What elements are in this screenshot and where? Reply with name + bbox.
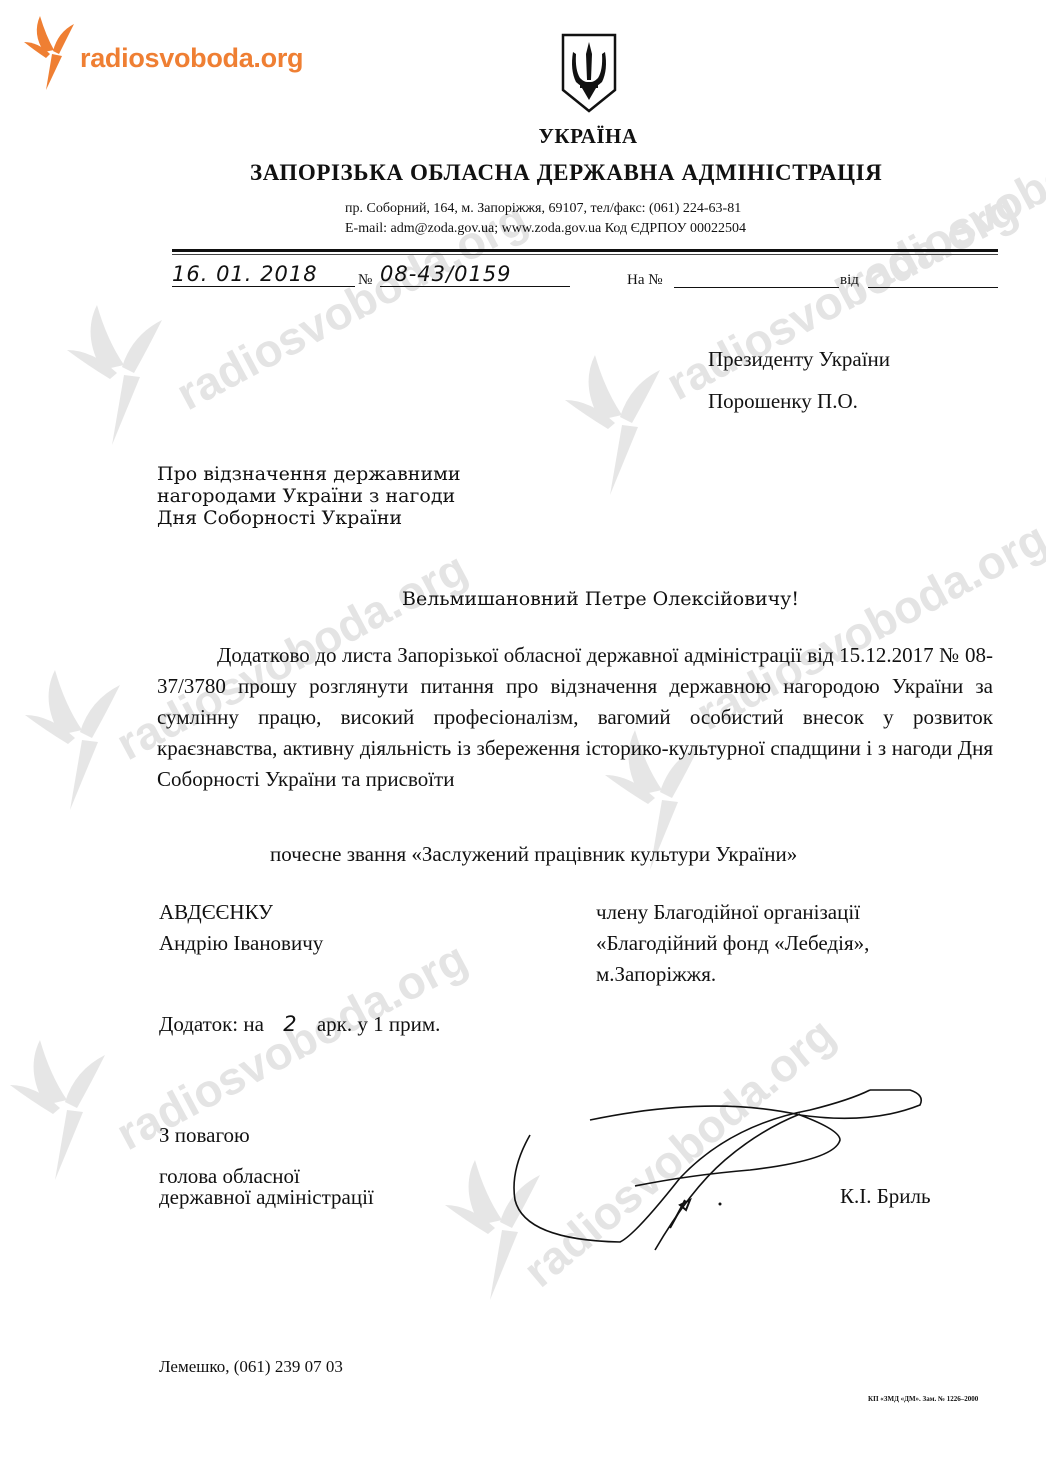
signer-name: К.І. Бриль [840, 1184, 931, 1209]
annex-sheets: 2 [283, 1012, 297, 1036]
registration-line: 16. 01. 2018 № 08-43/0159 На № від [172, 262, 1002, 292]
from-label: від [840, 272, 859, 289]
awardee-surname: АВДЄЄНКУ [159, 897, 323, 928]
subject-block: Про відзначення державними нагородами Ук… [157, 463, 461, 529]
subject-line: нагородами України з нагоди [157, 485, 461, 507]
body-paragraph: Додатково до листа Запорізької обласної … [157, 640, 993, 795]
watermark-torch-icon [62, 295, 172, 465]
recipient-title: Президенту України [708, 338, 890, 380]
handwritten-signature [510, 1060, 930, 1300]
letterhead-rule-thin [172, 254, 998, 255]
letterhead-contacts: пр. Соборний, 164, м. Запоріжжя, 69107, … [345, 199, 746, 239]
radiosvoboda-logo: radiosvoboda.org [22, 14, 303, 92]
honorary-title: почесне звання «Заслужений працівник кул… [270, 842, 797, 867]
from-date [868, 265, 998, 288]
position-line: голова обласної [159, 1166, 374, 1187]
awardee-org-line: «Благодійний фонд «Лебедія», [596, 928, 869, 959]
awardee-organization-block: члену Благодійної організації «Благодійн… [596, 897, 869, 990]
outgoing-number: 08-43/0159 [380, 262, 570, 287]
closing-regards: З повагою [159, 1123, 250, 1148]
watermark-torch-icon [560, 345, 670, 515]
annex-suffix: арк. у 1 прим. [317, 1012, 441, 1036]
email-web-line: E-mail: adm@zoda.gov.ua; www.zoda.gov.ua… [345, 219, 746, 239]
annex-prefix: Додаток: на [159, 1012, 264, 1036]
salutation: Вельмишановний Петре Олексійовичу! [402, 588, 799, 610]
position-line: державної адміністрації [159, 1187, 374, 1208]
annex-line: Додаток: на 2 арк. у 1 прим. [159, 1012, 440, 1037]
watermark-torch-icon [5, 1030, 115, 1200]
torch-icon [22, 14, 78, 92]
number-label: № [358, 272, 372, 289]
awardee-given-names: Андрію Івановичу [159, 928, 323, 959]
reply-to-number [674, 265, 839, 288]
recipient-name: Порошенку П.О. [708, 380, 890, 422]
brand-name: radiosvoboda.org [80, 43, 303, 74]
awardee-org-line: члену Благодійної організації [596, 897, 869, 928]
executor-contact: Лемешко, (061) 239 07 03 [159, 1357, 343, 1377]
awardee-org-line: м.Запоріжжя. [596, 959, 869, 990]
signer-position: голова обласної державної адміністрації [159, 1166, 374, 1208]
print-mark: КП «ЗМД «ДМ». Зам. № 1226–2000 [868, 1395, 978, 1403]
awardee-name-block: АВДЄЄНКУ Андрію Івановичу [159, 897, 323, 959]
organization-heading: ЗАПОРІЗЬКА ОБЛАСНА ДЕРЖАВНА АДМІНІСТРАЦІ… [250, 160, 882, 186]
outgoing-date: 16. 01. 2018 [172, 262, 355, 287]
recipient-block: Президенту України Порошенку П.О. [708, 338, 890, 422]
subject-line: Дня Соборності України [157, 507, 461, 529]
letter-body: Додатково до листа Запорізької обласної … [157, 640, 993, 795]
reply-to-label: На № [627, 272, 663, 289]
letterhead-rule [172, 249, 998, 252]
address-line: пр. Соборний, 164, м. Запоріжжя, 69107, … [345, 199, 746, 219]
watermark-torch-icon [20, 660, 130, 830]
country-heading: УКРАЇНА [0, 124, 1046, 149]
trident-coat-of-arms-icon [560, 32, 618, 114]
subject-line: Про відзначення державними [157, 463, 461, 485]
